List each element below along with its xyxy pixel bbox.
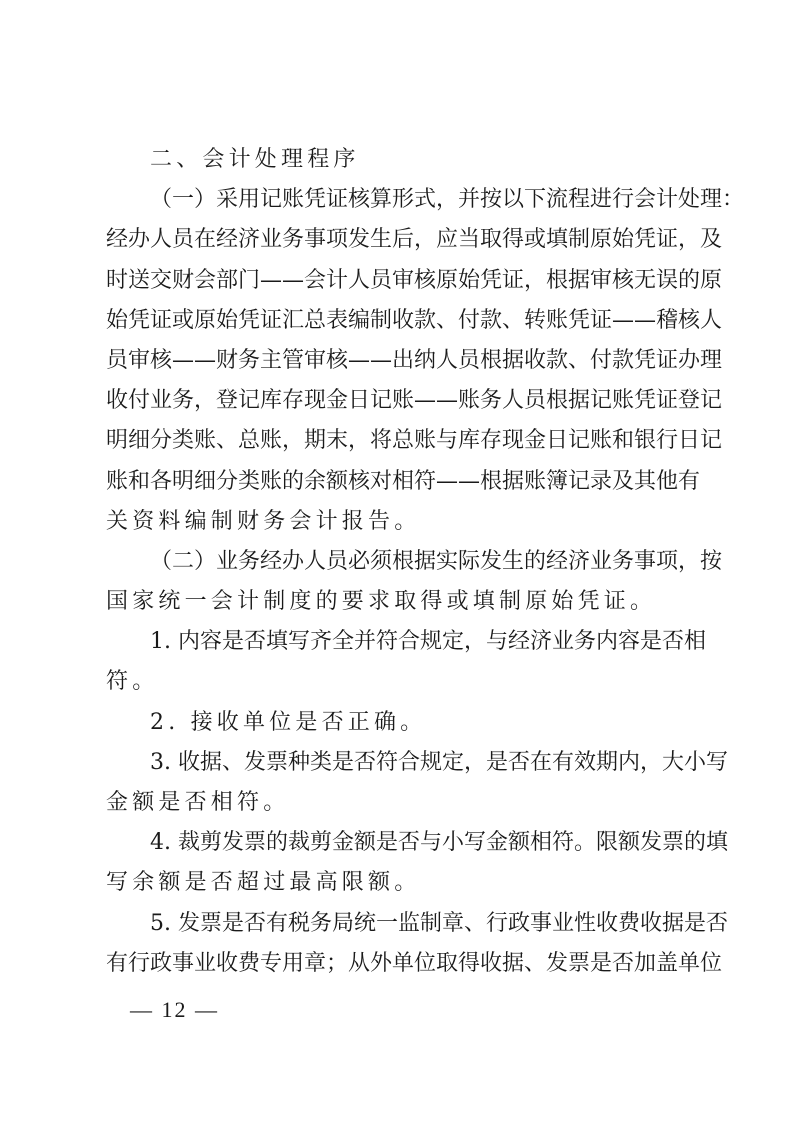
text-line: （二）业务经办人员必须根据实际发生的经济业务事项，按	[106, 542, 694, 582]
text-line: 始凭证或原始凭证汇总表编制收款、付款、转账凭证——稽核人	[106, 301, 694, 341]
text-line: 关资料编制财务会计报告。	[106, 502, 694, 542]
text-line: 3. 收据、发票种类是否符合规定，是否在有效期内，大小写	[106, 743, 694, 783]
text-line: 明细分类账、总账，期末，将总账与库存现金日记账和银行日记	[106, 421, 694, 461]
text-line: 有行政事业收费专用章；从外单位取得收据、发票是否加盖单位	[106, 944, 694, 984]
text-line: （一）采用记账凭证核算形式，并按以下流程进行会计处理：	[106, 180, 694, 220]
document-page: 二、会计处理程序 （一）采用记账凭证核算形式，并按以下流程进行会计处理：经办人员…	[106, 140, 694, 984]
text-line: 1. 内容是否填写齐全并符合规定，与经济业务内容是否相	[106, 622, 694, 662]
text-line: 员审核——财务主管审核——出纳人员根据收款、付款凭证办理	[106, 341, 694, 381]
text-line: 写余额是否超过最高限额。	[106, 863, 694, 903]
page-number: — 12 —	[130, 997, 219, 1023]
text-line: 账和各明细分类账的余额核对相符——根据账簿记录及其他有	[106, 462, 694, 502]
text-line: 金额是否相符。	[106, 783, 694, 823]
text-line: 符。	[106, 662, 694, 702]
text-line: 国家统一会计制度的要求取得或填制原始凭证。	[106, 582, 694, 622]
text-line: 时送交财会部门——会计人员审核原始凭证，根据审核无误的原	[106, 261, 694, 301]
document-body: （一）采用记账凭证核算形式，并按以下流程进行会计处理：经办人员在经济业务事项发生…	[106, 180, 694, 984]
text-line: 2. 接收单位是否正确。	[106, 703, 694, 743]
text-line: 收付业务，登记库存现金日记账——账务人员根据记账凭证登记	[106, 381, 694, 421]
section-heading: 二、会计处理程序	[106, 140, 694, 180]
text-line: 4. 裁剪发票的裁剪金额是否与小写金额相符。限额发票的填	[106, 823, 694, 863]
text-line: 经办人员在经济业务事项发生后，应当取得或填制原始凭证，及	[106, 220, 694, 260]
text-line: 5. 发票是否有税务局统一监制章、行政事业性收费收据是否	[106, 904, 694, 944]
